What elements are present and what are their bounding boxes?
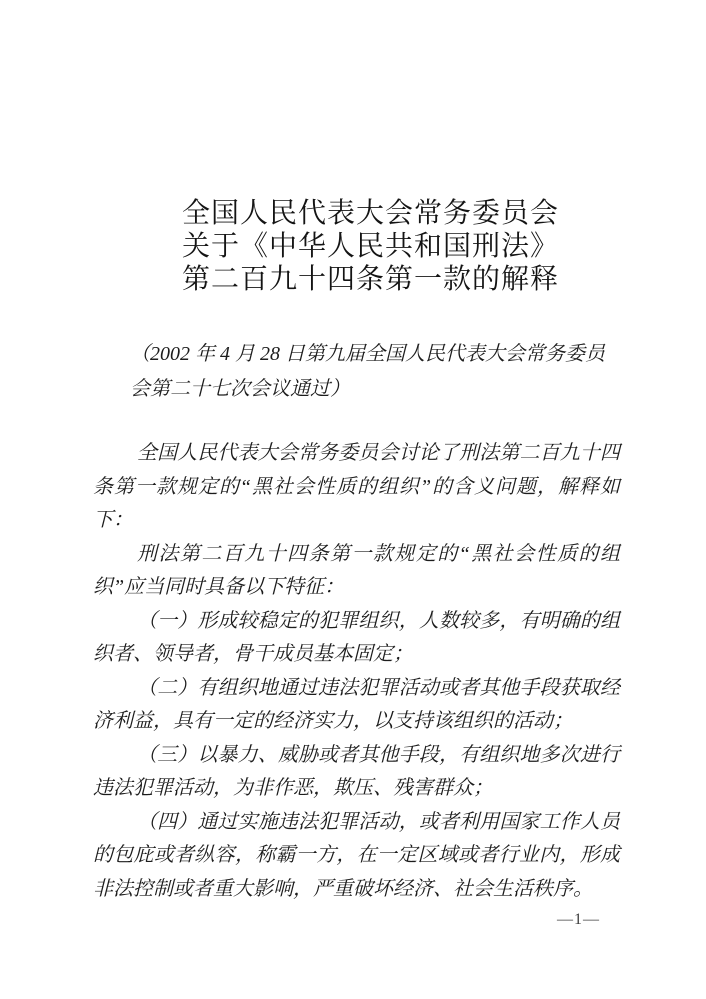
page-number: —1— xyxy=(557,911,600,929)
body-paragraph-item-1: （一）形成较稳定的犯罪组织，人数较多，有明确的组织者、领导者，骨干成员基本固定； xyxy=(93,605,620,672)
body-paragraph-item-3: （三）以暴力、威胁或者其他手段，有组织地多次进行违法犯罪活动，为非作恶，欺压、残… xyxy=(93,739,620,806)
title-line-1: 全国人民代表大会常务委员会 xyxy=(121,197,620,230)
body-paragraph-item-2: （二）有组织地通过违法犯罪活动或者其他手段获取经济利益，具有一定的经济实力，以支… xyxy=(93,672,620,739)
body-paragraph-intro: 全国人民代表大会常务委员会讨论了刑法第二百九十四条第一款规定的“黑社会性质的组织… xyxy=(93,437,620,538)
title-line-3: 第二百九十四条第一款的解释 xyxy=(121,263,620,296)
document-title: 全国人民代表大会常务委员会 关于《中华人民共和国刑法》 第二百九十四条第一款的解… xyxy=(93,197,620,296)
body-paragraph-criteria-lead: 刑法第二百九十四条第一款规定的“黑社会性质的组织”应当同时具备以下特征： xyxy=(93,538,620,605)
passage-note: （2002 年 4 月 28 日第九届全国人民代表大会常务委员会第二十七次会议通… xyxy=(130,337,620,407)
document-content: 全国人民代表大会常务委员会 关于《中华人民共和国刑法》 第二百九十四条第一款的解… xyxy=(0,0,706,906)
title-line-2: 关于《中华人民共和国刑法》 xyxy=(121,230,620,263)
document-body: 全国人民代表大会常务委员会讨论了刑法第二百九十四条第一款规定的“黑社会性质的组织… xyxy=(93,437,620,906)
document-page: 全国人民代表大会常务委员会 关于《中华人民共和国刑法》 第二百九十四条第一款的解… xyxy=(0,0,706,999)
body-paragraph-item-4: （四）通过实施违法犯罪活动，或者利用国家工作人员的包庇或者纵容，称霸一方，在一定… xyxy=(93,806,620,907)
